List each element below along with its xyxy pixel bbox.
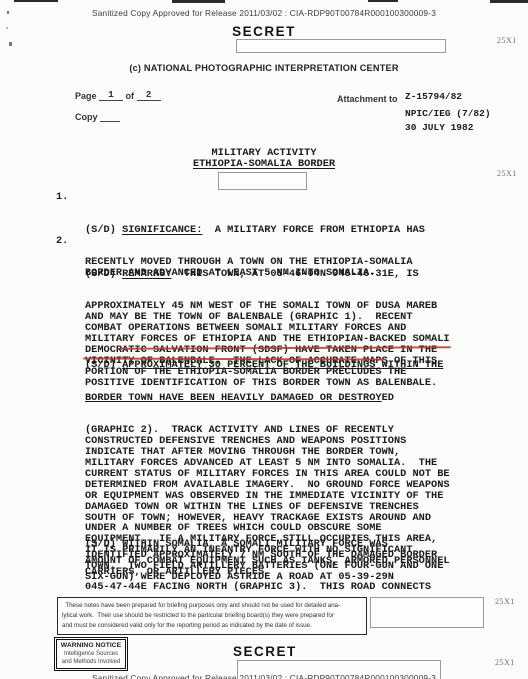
redaction-box-title [218, 172, 307, 190]
remarks-heading: REMARKS: [122, 268, 171, 280]
paragraph-1-line-1: (S/D) SIGNIFICANCE: A MILITARY FORCE FRO… [85, 225, 425, 236]
warning-line-2: and Methods Involved [59, 659, 123, 667]
scan-artifact [172, 0, 225, 3]
redaction-box-footer [370, 597, 484, 628]
classification-caveat: (S/D) [85, 224, 122, 236]
attachment-label: Attachment to [337, 94, 398, 104]
redaction-box-top [236, 39, 446, 53]
red-pen-underline [120, 346, 451, 349]
document-page: Sanitized Copy Approved for Release 2011… [0, 0, 528, 679]
scan-artifact [14, 0, 58, 2]
warning-line-1: Intelligence Sources [59, 651, 123, 659]
attachment-org: NPIC/IEG (7/82) [405, 109, 491, 119]
paragraph-3-line-1: (S/D) APPROXIMATELY 30 PERCENT OF THE BU… [85, 360, 450, 371]
highlighted-text: BORDER TOWN HAVE BEEN HEAVILY DAMAGED OR… [85, 392, 382, 404]
paragraph-3-text: ED [382, 392, 394, 404]
declass-marking-bottom: 25X1 [495, 658, 515, 667]
paragraph-1-number: 1. [56, 192, 68, 203]
document-title: MILITARY ACTIVITY ETHIOPIA-SOMALIA BORDE… [149, 148, 379, 170]
warning-title: WARNING NOTICE [59, 642, 123, 651]
declass-marking-footer: 25X1 [495, 597, 515, 606]
briefing-disclaimer-box: These notes have been prepared for brief… [57, 597, 367, 635]
paragraph-4-body: (S/D) WITHIN SOMALIA, A SOMALI MILITARY … [85, 539, 443, 594]
paragraph-2-text: THIS TOWN, AT 05-46-04N 045-46-31E, IS [172, 268, 419, 280]
copy-label: Copy [75, 112, 98, 122]
warning-notice-box: WARNING NOTICE Intelligence Sources and … [56, 639, 126, 669]
classification-footer: SECRET [233, 644, 297, 659]
sanitized-footer: Sanitized Copy Approved for Release 2011… [0, 673, 528, 679]
classification-caveat: (S/D) [85, 268, 122, 280]
paragraph-3-line-2: BORDER TOWN HAVE BEEN HEAVILY DAMAGED OR… [85, 393, 450, 404]
attachment-date: 30 JULY 1982 [405, 123, 473, 133]
sanitized-header: Sanitized Copy Approved for Release 2011… [0, 8, 528, 18]
agency-line: (c) NATIONAL PHOTOGRAPHIC INTERPRETATION… [0, 63, 528, 73]
copy-number-field [100, 111, 120, 122]
paragraph-2-number: 2. [56, 236, 68, 247]
highlighted-text: APPROXIMATELY 30 PERCENT OF THE BUILDING… [122, 359, 443, 371]
declass-marking-top: 25X1 [497, 36, 517, 45]
title-line-2: ETHIOPIA-SOMALIA BORDER [149, 159, 379, 170]
classification-caveat: (S/D) [85, 359, 122, 371]
scan-artifact [368, 0, 398, 2]
page-line: Page 1 of 2 [75, 90, 161, 101]
page-number-field: 1 [99, 90, 123, 101]
scan-artifact [490, 0, 528, 3]
copy-line: Copy [75, 111, 120, 122]
paragraph-1-text: A MILITARY FORCE FROM ETHIOPIA HAS [202, 224, 424, 236]
of-label: of [126, 91, 135, 101]
significance-heading: SIGNIFICANCE: [122, 224, 202, 236]
paragraph-2-line-1: (S/D) REMARKS: THIS TOWN, AT 05-46-04N 0… [85, 269, 450, 280]
classification-header: SECRET [0, 24, 528, 39]
declass-marking-title: 25X1 [497, 169, 517, 178]
page-total-field: 2 [137, 90, 161, 101]
scan-speck [9, 42, 12, 46]
page-label: Page [75, 91, 97, 101]
attachment-number: Z-15794/82 [405, 92, 462, 102]
